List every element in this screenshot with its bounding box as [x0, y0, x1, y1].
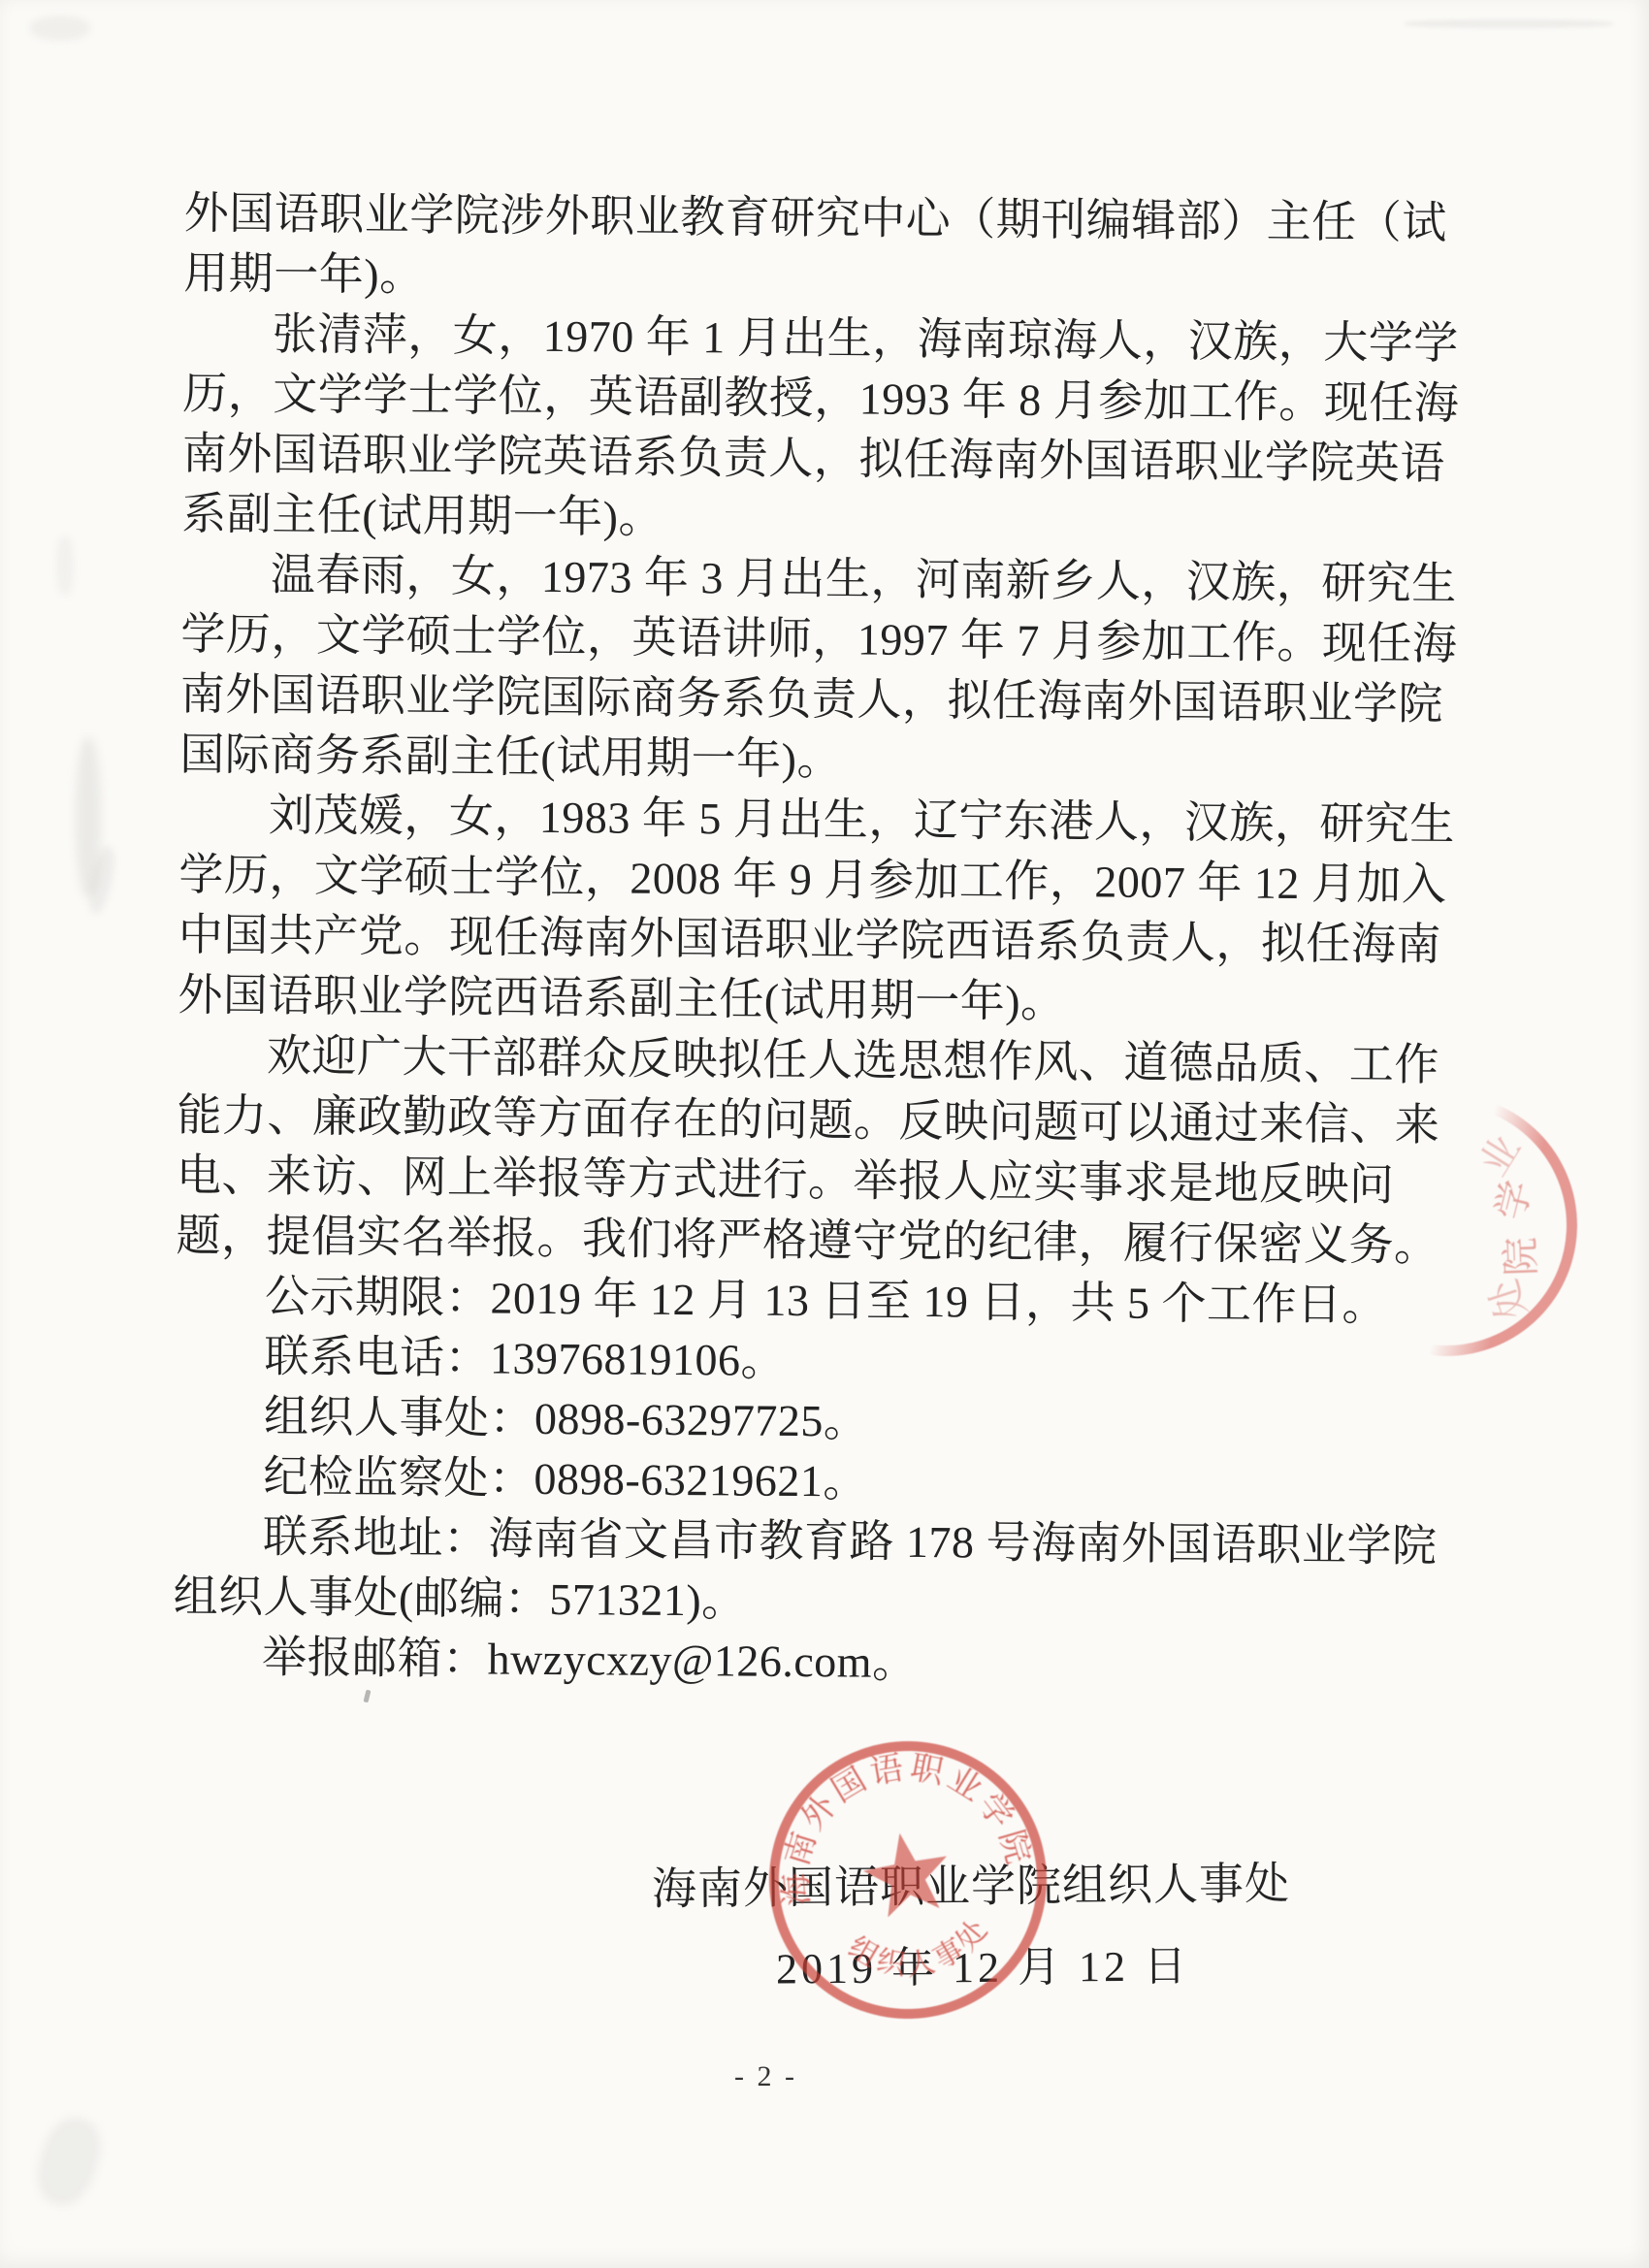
- signature-org: 海南外国语职业学院组织人事处: [652, 1848, 1291, 1918]
- scan-smudge: [28, 2110, 110, 2212]
- scan-smudge: [76, 737, 101, 897]
- text-line: 联系电话：13976819106。: [175, 1326, 1445, 1396]
- partial-seal-char: 处: [1473, 1274, 1538, 1328]
- text-line: 学历，文学硕士学位，英语讲师，1997 年 7 月参加工作。现任海: [180, 604, 1451, 674]
- text-line: 组织人事处：0898-63297725。: [175, 1386, 1445, 1456]
- text-line: 国际商务系副主任(试用期一年)。: [179, 725, 1450, 794]
- partial-seal-char: 院: [1490, 1237, 1546, 1278]
- scan-smudge: [1405, 19, 1613, 28]
- text-line: 联系地址：海南省文昌市教育路 178 号海南外国语职业学院: [174, 1507, 1444, 1576]
- text-line: 南外国语职业学院国际商务系负责人，拟任海南外国语职业学院: [180, 664, 1451, 734]
- text-line: 能力、廉政勤政等方面存在的问题。反映问题可以通过来信、来: [177, 1085, 1447, 1155]
- partial-seal-char: 业: [1464, 1122, 1532, 1184]
- page-number: - 2 -: [734, 2060, 797, 2093]
- partial-seal-char: 学: [1480, 1174, 1543, 1225]
- text-line: 电、来访、网上举报等方式进行。举报人应实事求是地反映问: [177, 1146, 1447, 1215]
- text-line: 公示期限：2019 年 12 月 13 日至 19 日，共 5 个工作日。: [176, 1266, 1446, 1336]
- text-line: 用期一年)。: [183, 243, 1454, 313]
- ink-speck: [364, 1690, 372, 1703]
- text-line: 系副主任(试用期一年)。: [181, 484, 1452, 554]
- signature-date: 2019 年 12 月 12 日: [776, 1931, 1190, 1996]
- scan-smudge: [56, 535, 74, 596]
- text-line: 张清萍，女，1970 年 1 月出生，海南琼海人，汉族，大学学: [183, 304, 1454, 373]
- text-line: 举报邮箱：hwzycxzy@126.com。: [173, 1627, 1443, 1697]
- scan-smudge: [85, 845, 118, 916]
- text-line: 中国共产党。现任海南外国语职业学院西语系负责人，拟任海南: [178, 905, 1449, 975]
- body-text: 外国语职业学院涉外职业教育研究中心（期刊编辑部）主任（试 用期一年)。 张清萍，…: [173, 183, 1455, 1697]
- text-line: 温春雨，女，1973 年 3 月出生，河南新乡人，汉族，研究生: [181, 544, 1452, 614]
- text-line: 学历，文学硕士学位，2008 年 9 月参加工作，2007 年 12 月加入: [178, 845, 1449, 915]
- text-line: 题，提倡实名举报。我们将严格遵守党的纪律，履行保密义务。: [176, 1206, 1446, 1276]
- text-line: 欢迎广大干部群众反映拟任人选思想作风、道德品质、工作: [178, 1025, 1448, 1095]
- text-line: 外国语职业学院西语系副主任(试用期一年)。: [178, 965, 1448, 1035]
- text-line: 历，文学学士学位，英语副教授，1993 年 8 月参加工作。现任海: [182, 364, 1453, 434]
- scan-smudge: [29, 16, 91, 41]
- text-line: 南外国语职业学院英语系负责人，拟任海南外国语职业学院英语: [182, 424, 1453, 494]
- text-line: 刘茂媛，女，1983 年 5 月出生，辽宁东港人，汉族，研究生: [179, 785, 1450, 855]
- text-line: 组织人事处(邮编：571321)。: [173, 1567, 1443, 1636]
- text-line: 外国语职业学院涉外职业教育研究中心（期刊编辑部）主任（试: [184, 183, 1455, 253]
- text-line: 纪检监察处：0898-63219621。: [174, 1446, 1444, 1516]
- document-page: 外国语职业学院涉外职业教育研究中心（期刊编辑部）主任（试 用期一年)。 张清萍，…: [0, 0, 1649, 2268]
